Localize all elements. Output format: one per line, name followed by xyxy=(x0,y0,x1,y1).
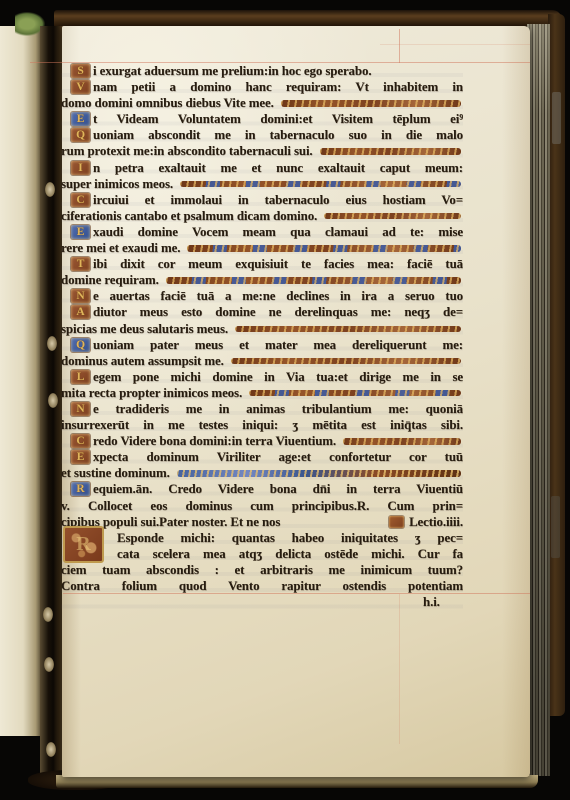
text-line: mita recta propter inimicos meos. xyxy=(61,386,463,402)
versal-initial: T xyxy=(71,257,90,271)
text-line: Contra folium quod Vento rapitur ostendi… xyxy=(61,579,463,595)
ruling-line-vertical-bottom xyxy=(399,594,400,744)
line-text: et sustine dominum. xyxy=(61,466,170,480)
versal-initial: R xyxy=(71,482,90,496)
text-line: Ne auertas faciē tuā a me:ne declines in… xyxy=(61,289,463,305)
line-filler xyxy=(166,277,461,284)
text-line: et sustine dominum. xyxy=(61,466,463,482)
line-filler xyxy=(281,100,461,107)
text-line: insurrexerūt in me testes iniqui: ʒ mēti… xyxy=(61,418,463,434)
line-text: xaudi domine Vocem meam qua clamaui ad t… xyxy=(93,225,463,241)
text-line: Vnam petii a domino hanc requiram: Vt in… xyxy=(61,80,463,96)
text-line: ciem tuam abscondis : et arbitraris me i… xyxy=(61,563,463,579)
line-text: h.i. xyxy=(423,595,440,609)
text-line: Credo Videre bona domini:in terra Viuent… xyxy=(61,434,463,450)
catchword-line: h.i. xyxy=(61,595,463,611)
versal-initial: L xyxy=(71,370,90,384)
manuscript-photo: Si exurgat aduersum me prelium:in hoc eg… xyxy=(0,0,570,800)
sewing-knot xyxy=(46,742,56,757)
text-line: v. Collocet eos dominus cum principibus.… xyxy=(61,499,463,515)
versal-initial: E xyxy=(71,225,90,239)
line-filler xyxy=(235,326,461,333)
ruling-line-vertical-top xyxy=(399,29,400,63)
text-line: Adiutor meus esto domine ne derelinquas … xyxy=(61,305,463,321)
line-text: super inimicos meos. xyxy=(61,177,173,191)
text-line: Si exurgat aduersum me prelium:in hoc eg… xyxy=(61,64,463,80)
line-ornament xyxy=(389,516,404,528)
line-text: uoniam pater meus et mater mea derelique… xyxy=(93,338,463,354)
line-text: nam petii a domino hanc requiram: Vt inh… xyxy=(93,80,463,96)
line-text: t Videam Voluntatem domini:et Visitem tē… xyxy=(93,112,463,128)
text-line: Exaudi domine Vocem meam qua clamaui ad … xyxy=(61,225,463,241)
line-text: equiem.ān. Credo Videre bona dn̄i in ter… xyxy=(93,482,463,498)
line-text: spicias me deus salutaris meus. xyxy=(61,322,228,336)
versal-initial: Q xyxy=(71,338,90,352)
fore-edge-page-stack xyxy=(527,24,550,776)
line-text: dominus autem assumpsit me. xyxy=(61,354,224,368)
text-line: Expecta dominum Viriliter age:et confort… xyxy=(61,450,463,466)
ruling-line-top-partial xyxy=(380,44,530,45)
versal-initial: N xyxy=(71,289,90,303)
line-text-tail: Lectio.iiii. xyxy=(409,515,463,529)
line-text: rere mei et exaudi me. xyxy=(61,241,180,255)
line-filler xyxy=(343,438,461,445)
sewing-knot xyxy=(47,336,57,351)
text-line: Circuiui et immolaui in tabernaculo eius… xyxy=(61,193,463,209)
versal-initial: E xyxy=(71,450,90,464)
line-text: rum protexit me:in abscondito tabernacul… xyxy=(61,144,313,158)
versal-initial: Q xyxy=(71,128,90,142)
text-line: Legem pone michi domine in Via tua:et di… xyxy=(61,370,463,386)
text-line: Quoniam pater meus et mater mea dereliqu… xyxy=(61,338,463,354)
facing-page-edge xyxy=(0,26,42,736)
versal-initial: E xyxy=(71,112,90,126)
text-line: domo domini omnibus diebus Vite mee. xyxy=(61,96,463,112)
line-text: e auertas faciē tuā a me:ne declines in … xyxy=(93,289,463,305)
line-filler xyxy=(249,390,461,397)
line-text: ciem tuam abscondis : et arbitraris me i… xyxy=(61,563,463,579)
text-line: Esponde michi: quantas habeo iniquitates… xyxy=(61,531,463,547)
line-text: Contra folium quod Vento rapitur ostendi… xyxy=(61,579,463,595)
text-line: spicias me deus salutaris meus. xyxy=(61,322,463,338)
versal-initial: A xyxy=(71,305,90,319)
text-line: super inimicos meos. xyxy=(61,177,463,193)
line-text: redo Videre bona domini:in terra Viuenti… xyxy=(93,434,336,448)
line-text: Esponde michi: quantas habeo iniquitates… xyxy=(117,531,463,547)
sewing-knot xyxy=(48,393,58,408)
text-line: rere mei et exaudi me. xyxy=(61,241,463,257)
line-text: uoniam abscondit me in tabernaculo suo i… xyxy=(93,128,463,144)
sewing-knot xyxy=(44,657,54,672)
line-text: insurrexerūt in me testes iniqui: ʒ mēti… xyxy=(61,418,463,434)
line-filler xyxy=(187,245,461,252)
sewing-knot xyxy=(45,182,55,197)
line-text: e tradideris me in animas tribulantium m… xyxy=(93,402,463,418)
text-line: rum protexit me:in abscondito tabernacul… xyxy=(61,144,463,160)
versal-initial: I xyxy=(71,161,90,175)
line-text: domo domini omnibus diebus Vite mee. xyxy=(61,96,274,110)
text-line: cipibus populi sui.Pater noster. Et ne n… xyxy=(61,515,463,531)
text-line: Quoniam abscondit me in tabernaculo suo … xyxy=(61,128,463,144)
versal-initial: V xyxy=(71,80,90,94)
ruling-line-top xyxy=(30,62,530,63)
versal-initial: C xyxy=(71,193,90,207)
line-text: ibi dixit cor meum exquisiuit te facies … xyxy=(93,257,463,273)
text-line: Requiem.ān. Credo Videre bona dn̄i in te… xyxy=(61,482,463,498)
text-line: Et Videam Voluntatem domini:et Visitem t… xyxy=(61,112,463,128)
line-text: ircuiui et immolaui in tabernaculo eius … xyxy=(93,193,463,209)
text-line: ciferationis cantabo et psalmum dicam do… xyxy=(61,209,463,225)
line-text: egem pone michi domine in Via tua:et dir… xyxy=(93,370,463,386)
text-line: In petra exaltauit me et nunc exaltauit … xyxy=(61,161,463,177)
line-text: diutor meus esto domine ne derelinquas m… xyxy=(93,305,463,321)
sewing-knot xyxy=(43,607,53,622)
line-text: v. Collocet eos dominus cum principibus.… xyxy=(61,499,463,515)
text-line: Tibi dixit cor meum exquisiuit te facies… xyxy=(61,257,463,273)
text-block: Si exurgat aduersum me prelium:in hoc eg… xyxy=(61,64,463,611)
line-text: n petra exaltauit me et nunc exaltauit c… xyxy=(93,161,463,177)
versal-initial: N xyxy=(71,402,90,416)
text-line: dominus autem assumpsit me. xyxy=(61,354,463,370)
versal-initial: S xyxy=(71,64,90,78)
line-filler xyxy=(231,358,461,365)
versal-initial: C xyxy=(71,434,90,448)
text-line: domine requiram. xyxy=(61,273,463,289)
line-text: mita recta propter inimicos meos. xyxy=(61,386,242,400)
line-text: xpecta dominum Viriliter age:et conforte… xyxy=(93,450,463,466)
text-line: Ne tradideris me in animas tribulantium … xyxy=(61,402,463,418)
text-line: cata scelera mea atqʒ delicta ostēde mic… xyxy=(61,547,463,563)
line-filler xyxy=(177,470,461,477)
book-cover-board-top-edge xyxy=(54,10,562,27)
lectio-decorated-initial: R xyxy=(63,526,104,563)
line-filler xyxy=(324,213,461,220)
line-filler xyxy=(180,181,461,188)
line-text: i exurgat aduersum me prelium:in hoc ego… xyxy=(93,64,371,78)
line-filler xyxy=(320,148,461,155)
line-text: domine requiram. xyxy=(61,273,159,287)
line-text: ciferationis cantabo et psalmum dicam do… xyxy=(61,209,317,223)
book-cover-board-right-edge xyxy=(548,14,565,716)
line-text: cata scelera mea atqʒ delicta ostēde mic… xyxy=(117,547,463,563)
